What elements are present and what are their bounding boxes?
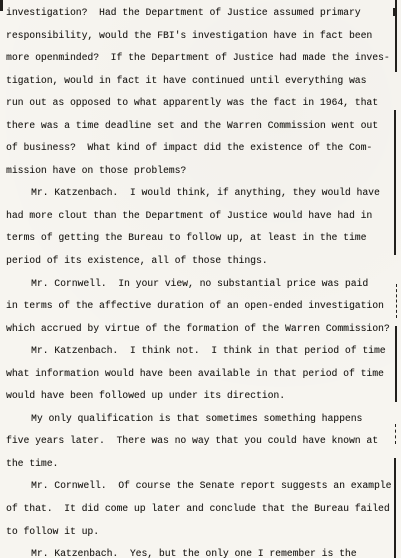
document-page: investigation? Had the Department of Jus… xyxy=(0,0,401,558)
scan-artifact-right-line xyxy=(395,326,397,402)
text-line: in terms of the affective duration of an… xyxy=(6,295,401,318)
text-line: the time. xyxy=(6,453,401,476)
text-line: tigation, would in fact it have continue… xyxy=(6,70,401,93)
text-line-paragraph-start: Mr. Cornwell. In your view, no substanti… xyxy=(6,273,401,296)
text-line: would have been followed up under its di… xyxy=(6,385,401,408)
text-line-paragraph-start: My only qualification is that sometimes … xyxy=(6,408,401,431)
text-line: of that. It did come up later and conclu… xyxy=(6,498,401,521)
text-line-paragraph-start: Mr. Katzenbach. Yes, but the only one I … xyxy=(6,543,401,558)
text-line-paragraph-start: Mr. Katzenbach. I think not. I think in … xyxy=(6,340,401,363)
transcript-text-block: investigation? Had the Department of Jus… xyxy=(6,2,401,558)
text-line: what information would have been availab… xyxy=(6,363,401,386)
text-line: of business? What kind of impact did the… xyxy=(6,137,401,160)
text-line: investigation? Had the Department of Jus… xyxy=(6,2,401,25)
scan-artifact-top-left-tick xyxy=(0,0,3,11)
text-line: five years later. There was no way that … xyxy=(6,430,401,453)
text-line-paragraph-start: Mr. Katzenbach. I would think, if anythi… xyxy=(6,182,401,205)
text-line: run out as opposed to what apparently wa… xyxy=(6,92,401,115)
text-line: more openminded? If the Department of Ju… xyxy=(6,47,401,70)
text-line: responsibility, would the FBI's investig… xyxy=(6,25,401,48)
text-line-paragraph-start: Mr. Cornwell. Of course the Senate repor… xyxy=(6,475,401,498)
text-line: mission have on those problems? xyxy=(6,160,401,183)
text-line: there was a time deadline set and the Wa… xyxy=(6,115,401,138)
scan-artifact-right-line xyxy=(394,458,396,558)
text-line: terms of getting the Bureau to follow up… xyxy=(6,227,401,250)
text-line: to follow it up. xyxy=(6,521,401,544)
scan-artifact-right-line xyxy=(394,110,396,255)
text-line: which accrued by virtue of the formation… xyxy=(6,318,401,341)
text-line: had more clout than the Department of Ju… xyxy=(6,205,401,228)
text-line: period of its existence, all of those th… xyxy=(6,250,401,273)
scan-artifact-right-line-dashed xyxy=(396,284,398,318)
scan-artifact-right-line-dashed xyxy=(395,424,397,444)
scan-artifact-right-line xyxy=(395,0,397,72)
